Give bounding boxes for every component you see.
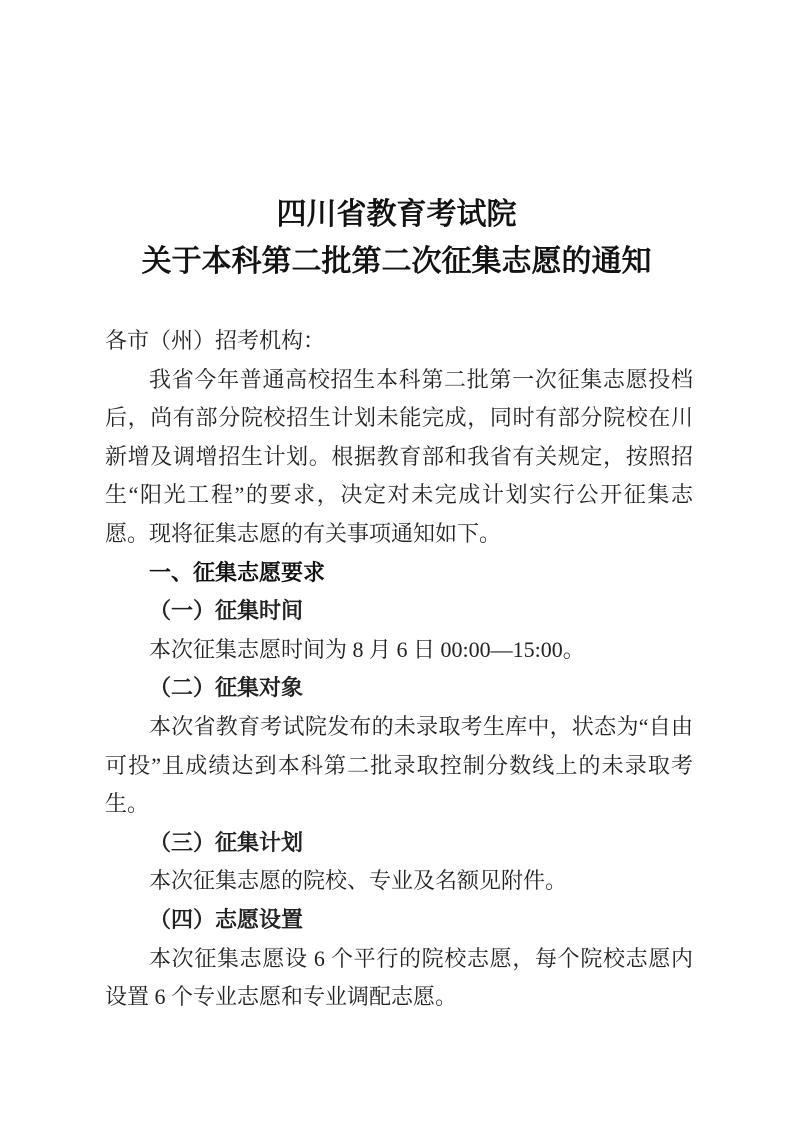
doc-title-line2: 关于本科第二批第二次征集志愿的通知	[0, 238, 793, 285]
document-body: 各市（州）招考机构： 我省今年普通高校招生本科第二批第一次征集志愿投档后，尚有部…	[105, 322, 693, 1017]
salutation: 各市（州）招考机构：	[105, 322, 693, 361]
subsection-2-heading: （二）征集对象	[105, 669, 693, 708]
document-page: 四川省教育考试院 关于本科第二批第二次征集志愿的通知 各市（州）招考机构： 我省…	[0, 0, 793, 1122]
document-title: 四川省教育考试院 关于本科第二批第二次征集志愿的通知	[0, 0, 793, 285]
subsection-4-heading: （四）志愿设置	[105, 901, 693, 940]
subsection-3-body: 本次征集志愿的院校、专业及名额见附件。	[105, 862, 693, 901]
doc-title-line1: 四川省教育考试院	[0, 191, 793, 238]
subsection-1-heading: （一）征集时间	[105, 592, 693, 631]
section-1-heading: 一、征集志愿要求	[105, 554, 693, 593]
subsection-1-body: 本次征集志愿时间为 8 月 6 日 00:00—15:00。	[105, 631, 693, 670]
subsection-4-body: 本次征集志愿设 6 个平行的院校志愿，每个院校志愿内设置 6 个专业志愿和专业调…	[105, 940, 693, 1017]
intro-paragraph: 我省今年普通高校招生本科第二批第一次征集志愿投档后，尚有部分院校招生计划未能完成…	[105, 361, 693, 554]
subsection-3-heading: （三）征集计划	[105, 824, 693, 863]
subsection-2-body: 本次省教育考试院发布的未录取考生库中，状态为“自由可投”且成绩达到本科第二批录取…	[105, 708, 693, 824]
